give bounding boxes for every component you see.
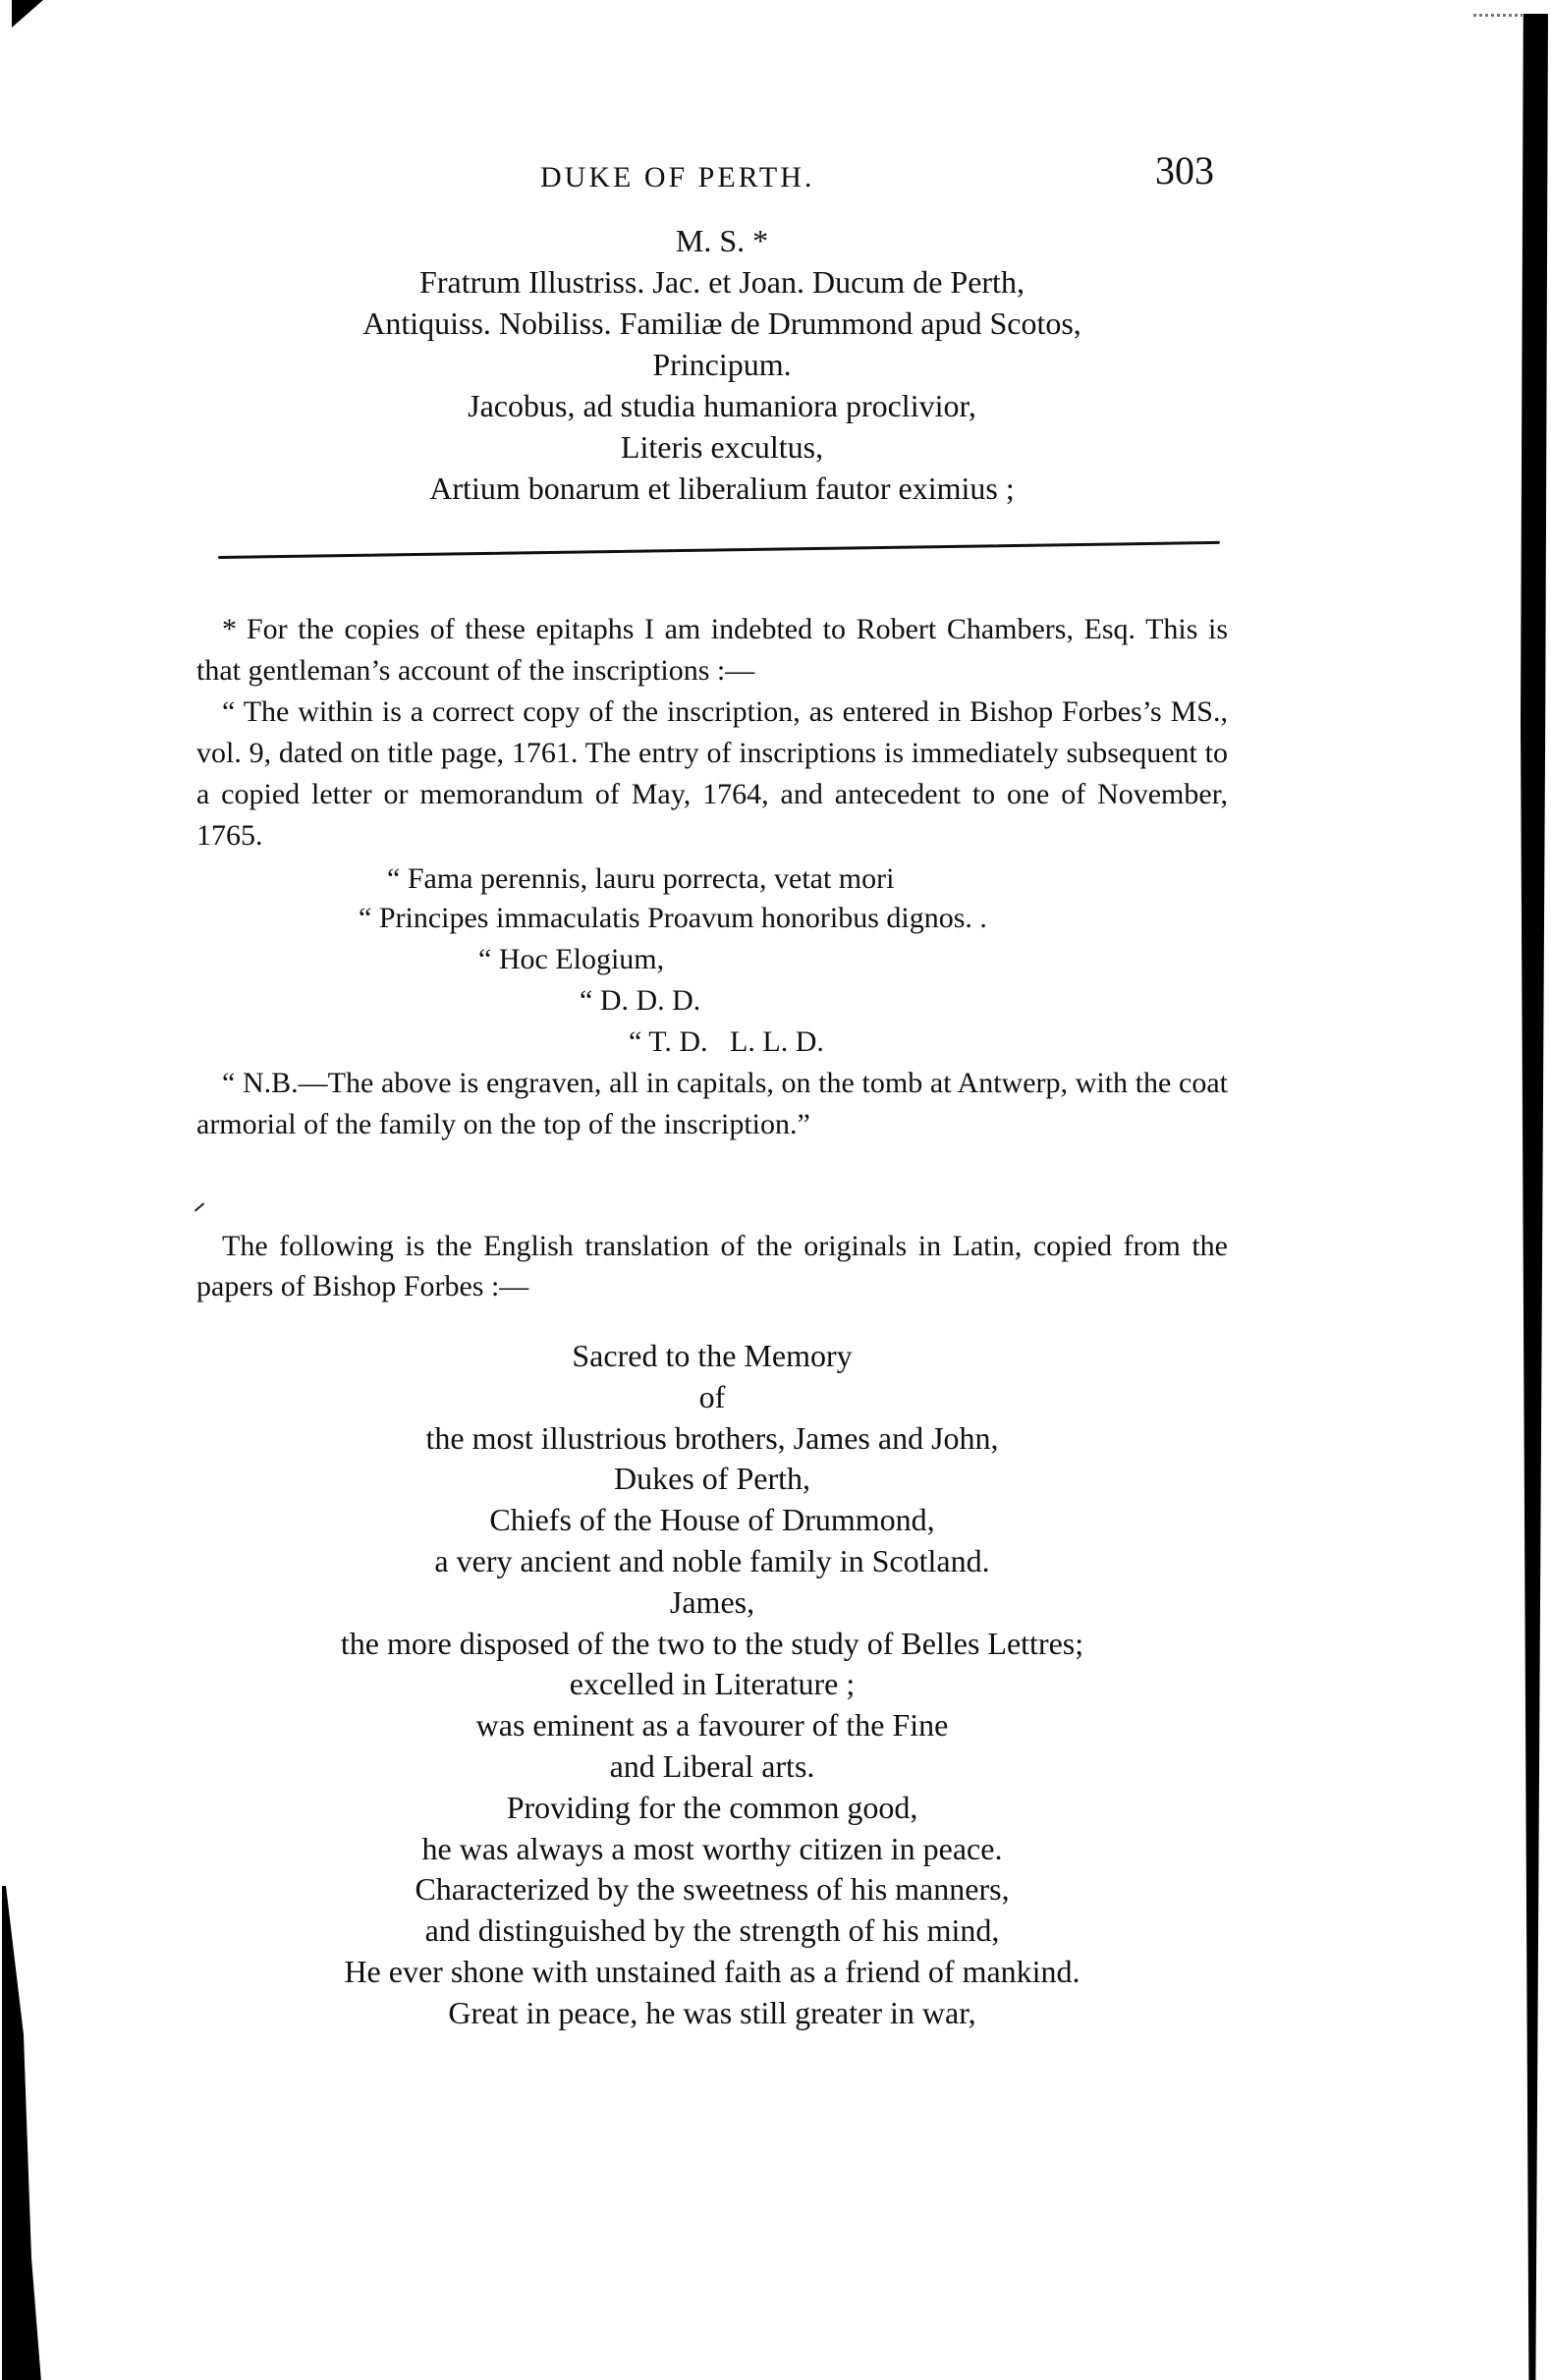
- epitaph-line: the more disposed of the two to the stud…: [196, 1624, 1228, 1665]
- english-epitaph: Sacred to the Memory of the most illustr…: [196, 1336, 1228, 2034]
- verse-line: “ T. D. L. L. D.: [629, 1022, 824, 1063]
- epitaph-line: Providing for the common good,: [196, 1788, 1228, 1829]
- epitaph-line: Sacred to the Memory: [196, 1336, 1228, 1377]
- margin-mark: [194, 1202, 204, 1211]
- verse-line: “ D. D. D.: [580, 980, 700, 1022]
- footnote-divider: [218, 541, 1220, 559]
- epitaph-line: and Liberal arts.: [196, 1746, 1228, 1788]
- latin-line: M. S. *: [216, 220, 1228, 261]
- page-number: 303: [1155, 147, 1214, 194]
- latin-line: Literis excultus,: [216, 426, 1228, 468]
- epitaph-line: the most illustrious brothers, James and…: [196, 1418, 1228, 1460]
- verse-line: “ Hoc Elogium,: [478, 939, 664, 980]
- footnote-latin-verse: “ Fama perennis, lauru porrecta, vetat m…: [196, 857, 1228, 1063]
- verse-line: “ Fama perennis, lauru porrecta, vetat m…: [387, 858, 894, 900]
- scan-corner-artifact: [12, 0, 43, 28]
- epitaph-line: and distinguished by the strength of his…: [196, 1910, 1228, 1952]
- scan-binding-shadow-left: [2, 1886, 41, 2380]
- epitaph-line: He ever shone with unstained faith as a …: [196, 1952, 1228, 1993]
- running-head-title: DUKE OF PERTH.: [540, 161, 814, 194]
- translation-intro: The following is the English translation…: [196, 1226, 1228, 1306]
- epitaph-line: Great in peace, he was still greater in …: [196, 1993, 1228, 2034]
- latin-line: Jacobus, ad studia humaniora proclivior,: [216, 385, 1228, 426]
- epitaph-line: Dukes of Perth,: [196, 1459, 1228, 1500]
- epitaph-line: was eminent as a favourer of the Fine: [196, 1705, 1228, 1746]
- scan-edge-noise: [1473, 14, 1523, 17]
- epitaph-line: Chiefs of the House of Drummond,: [196, 1500, 1228, 1541]
- epitaph-line: Characterized by the sweetness of his ma…: [196, 1869, 1228, 1910]
- epitaph-line: James,: [196, 1582, 1228, 1624]
- translation-section: The following is the English translation…: [196, 1226, 1228, 2034]
- epitaph-line: he was always a most worthy citizen in p…: [196, 1829, 1228, 1870]
- page-body: DUKE OF PERTH. 303 M. S. * Fratrum Illus…: [196, 147, 1228, 509]
- epitaph-line: of: [196, 1377, 1228, 1418]
- footnote-note: “ N.B.—The above is engraven, all in cap…: [196, 1063, 1228, 1145]
- latin-line: Fratrum Illustriss. Jac. et Joan. Ducum …: [216, 261, 1228, 303]
- footnote-text: For the copies of these epitaphs I am in…: [196, 613, 1228, 687]
- footnote: *For the copies of these epitaphs I am i…: [196, 609, 1228, 1145]
- verse-line: “ Principes immaculatis Proavum honoribu…: [359, 898, 987, 939]
- running-head: DUKE OF PERTH. 303: [196, 147, 1228, 206]
- footnote-paragraph: *For the copies of these epitaphs I am i…: [196, 609, 1228, 692]
- latin-epitaph: M. S. * Fratrum Illustriss. Jac. et Joan…: [196, 220, 1228, 509]
- epitaph-line: a very ancient and noble family in Scotl…: [196, 1541, 1228, 1582]
- latin-line: Artium bonarum et liberalium fautor exim…: [216, 468, 1228, 509]
- latin-line: Antiquiss. Nobiliss. Familiæ de Drummond…: [216, 303, 1228, 344]
- latin-line: Principum.: [216, 344, 1228, 385]
- epitaph-line: excelled in Literature ;: [196, 1664, 1228, 1705]
- footnote-marker: *: [222, 613, 237, 645]
- footnote-quote: “ The within is a correct copy of the in…: [196, 692, 1228, 857]
- scan-binding-shadow-right: [1521, 14, 1548, 2380]
